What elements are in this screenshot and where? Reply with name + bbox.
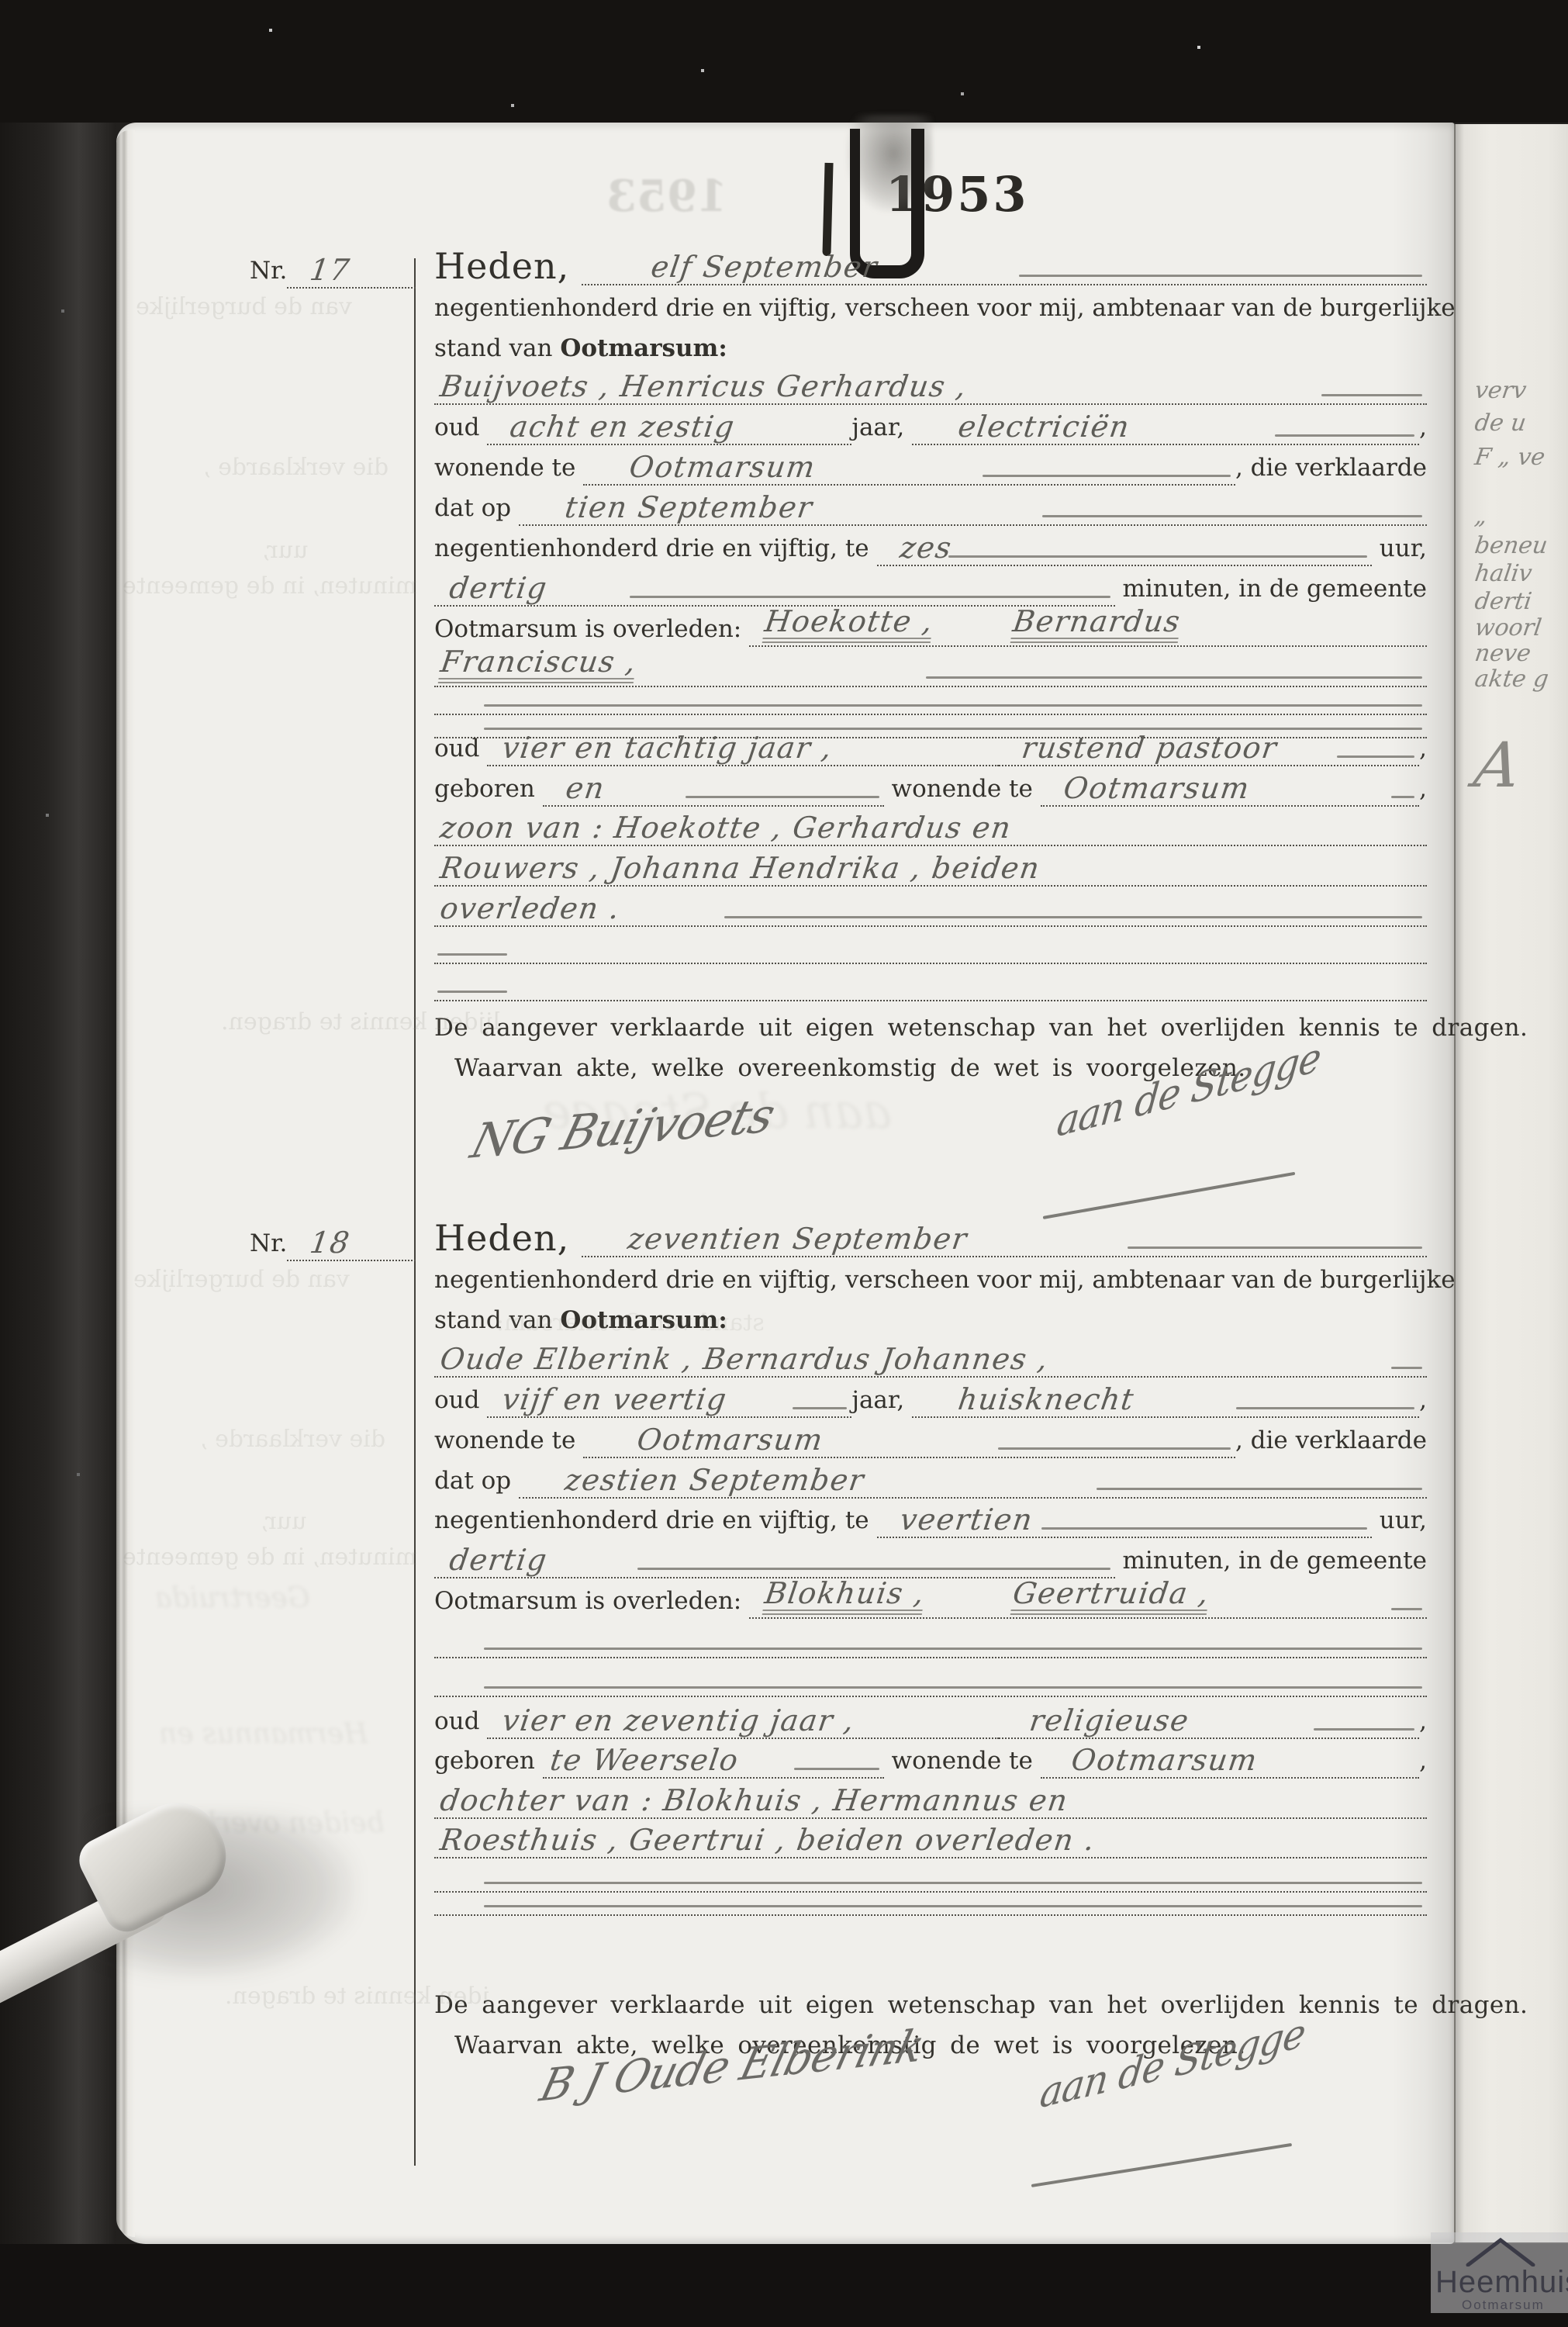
archive-watermark: Heemhuis Ootmarsum xyxy=(1431,2232,1568,2313)
next-page-edge xyxy=(1455,124,1568,2242)
filler-stroke xyxy=(1391,796,1414,798)
form-line: wonende te Ootmarsum, die verklaarde xyxy=(414,1424,1427,1458)
form-line: negentienhonderd drie en vijftig, te vee… xyxy=(414,1504,1427,1538)
printed-text: negentienhonderd drie en vijftig, versch… xyxy=(434,296,1456,326)
bleedthrough-text: van de burgerlijke xyxy=(133,1266,350,1293)
form-line: overleden . xyxy=(414,893,1427,927)
scan-dust-specks xyxy=(0,0,2,2)
form-line: dat op zestien September xyxy=(414,1464,1427,1499)
bleedthrough-text: van de burgerlijke xyxy=(136,293,352,320)
form-line: Roesthuis , Geertrui , beiden overleden … xyxy=(414,1824,1427,1858)
printed-text: , die verklaarde xyxy=(1235,456,1427,486)
filler-stroke xyxy=(1019,275,1422,277)
dotted-rule: Rouwers , Johanna Hendrika , beiden xyxy=(434,851,1427,887)
form-line: oud vijf en veertigjaar, huisknecht, xyxy=(414,1384,1427,1418)
dotted-rule: dertig xyxy=(434,571,1115,607)
form-line xyxy=(414,930,1427,964)
dotted-rule xyxy=(434,1880,1427,1916)
margin-note-fragment: woorl xyxy=(1473,614,1544,641)
handwritten-text: religieuse xyxy=(1028,1706,1192,1735)
filler-stroke xyxy=(1128,1246,1422,1249)
handwritten-text: Oude Elberink , Bernardus Johannes , xyxy=(438,1344,1050,1374)
bleedthrough-text: die verklaarde , xyxy=(200,1426,385,1453)
book-spine-shadow xyxy=(0,123,116,2327)
form-line: geboren en wonende te Ootmarsum, xyxy=(414,773,1427,807)
bleedthrough-text: aan de Stegge xyxy=(543,1083,892,1139)
dotted-rule: tien September xyxy=(519,490,1427,526)
form-line: stand van Ootmarsum: xyxy=(414,332,1427,366)
filler-stroke xyxy=(1097,1488,1422,1490)
handwritten-name: Blokhuis , xyxy=(762,1578,927,1615)
dotted-rule: veertien xyxy=(877,1502,1372,1538)
printed-text: , die verklaarde xyxy=(1235,1429,1427,1458)
handwritten-text: Rouwers , Johanna Hendrika , beiden xyxy=(438,853,1042,883)
margin-note-fragment: verv xyxy=(1473,377,1528,404)
handwritten-text: tien September xyxy=(563,493,814,522)
margin-note-fragment: de u xyxy=(1473,410,1528,437)
bleedthrough-text: Geertruida xyxy=(155,1582,309,1614)
handwritten-text: zestien September xyxy=(563,1465,866,1495)
printed-text: , xyxy=(1419,1388,1427,1418)
filler-stroke xyxy=(1337,755,1414,758)
bleedthrough-text: uur, xyxy=(262,537,308,564)
filler-stroke xyxy=(793,1407,847,1409)
dotted-rule: dochter van : Blokhuis , Hermannus en xyxy=(434,1783,1427,1819)
form-line: negentienhonderd drie en vijftig, versch… xyxy=(414,1264,1427,1298)
printed-text: negentienhonderd drie en vijftig, te xyxy=(434,1509,877,1538)
handwritten-text: te Weerselo xyxy=(548,1745,741,1775)
dotted-rule: Roesthuis , Geertrui , beiden overleden … xyxy=(434,1823,1427,1858)
dotted-rule: religieuse xyxy=(999,1703,1419,1739)
form-line: Heden, elf September xyxy=(414,251,1427,285)
form-line: negentienhonderd drie en vijftig, versch… xyxy=(414,292,1427,326)
dotted-rule: vier en zeventig jaar , xyxy=(487,1703,999,1739)
handwritten-text: zoon van : Hoekotte , Gerhardus en xyxy=(438,813,1014,842)
entry-number-rule: 18 xyxy=(287,1226,416,1261)
watermark-title: Heemhuis xyxy=(1435,2266,1568,2298)
printed-text: Ootmarsum is overleden: xyxy=(434,1589,749,1619)
form-line: geboren te Weerselo wonende te Ootmarsum… xyxy=(414,1744,1427,1779)
printed-text: oud xyxy=(434,737,487,766)
handwritten-text: vier en zeventig jaar , xyxy=(501,1706,857,1735)
form-line xyxy=(414,1882,1427,1916)
form-line: negentienhonderd drie en vijftig, te zes… xyxy=(414,532,1427,566)
filler-stroke xyxy=(484,1905,1422,1907)
form-line: dertig minuten, in de gemeente xyxy=(414,1544,1427,1578)
form-line: dertig minuten, in de gemeente xyxy=(414,572,1427,607)
dotted-rule: Ootmarsum xyxy=(1041,1743,1419,1779)
bleedthrough-text: minuten, in de gemeente xyxy=(123,572,417,600)
printed-text: dat op xyxy=(434,496,519,526)
handwritten-text: dertig xyxy=(447,1545,549,1575)
entry-number-label: Nr. xyxy=(250,1232,287,1261)
form-line: oud vier en zeventig jaar ,religieuse, xyxy=(414,1705,1427,1739)
form-line: Heden, zeventien September xyxy=(414,1223,1427,1257)
handwritten-name: Franciscus , xyxy=(438,647,639,683)
printed-text: Ootmarsum: xyxy=(560,337,727,366)
printed-text: negentienhonderd drie en vijftig, te xyxy=(434,537,877,566)
dotted-rule: overleden . xyxy=(434,891,1427,927)
filler-stroke xyxy=(1042,515,1422,517)
entry-number-row: Nr.17 xyxy=(233,254,416,289)
handwritten-name: Geertruida , xyxy=(1010,1578,1211,1615)
margin-note-fragment: akte g xyxy=(1473,666,1551,693)
margin-note-fragment: haliv xyxy=(1473,560,1534,587)
handwritten-text: Ootmarsum xyxy=(628,452,818,482)
filler-stroke xyxy=(1041,1527,1367,1530)
scanned-register-page: 1953 1953 Nr.17Heden, elf Septembernegen… xyxy=(0,0,1568,2327)
filler-stroke xyxy=(1391,1367,1422,1369)
bleedthrough-text: die verklaarde , xyxy=(203,454,389,481)
printed-text: geboren xyxy=(434,777,543,807)
dotted-rule: Ootmarsum xyxy=(583,450,1235,486)
handwritten-text: overleden . xyxy=(438,894,622,923)
filler-stroke xyxy=(484,1686,1422,1689)
handwritten-text: Ootmarsum xyxy=(1069,1745,1259,1775)
entry-number-label: Nr. xyxy=(250,259,287,289)
handwritten-text: Ootmarsum xyxy=(636,1425,826,1454)
printed-text: uur, xyxy=(1372,1509,1427,1538)
bleedthrough-text: minuten, in de gemeente xyxy=(123,1544,417,1571)
printed-text: wonende te xyxy=(434,456,583,486)
handwritten-text: veertien xyxy=(898,1505,1034,1534)
form-line: zoon van : Hoekotte , Gerhardus en xyxy=(414,812,1427,846)
filler-stroke xyxy=(630,596,1110,598)
house-roof-icon xyxy=(1463,2235,1538,2266)
printed-text: , xyxy=(1419,737,1427,766)
filler-stroke xyxy=(1314,1728,1414,1731)
printed-text: minuten, in de gemeente xyxy=(1115,577,1427,607)
printed-text: minuten, in de gemeente xyxy=(1115,1549,1427,1578)
bleedthrough-text: stand van Ootmarsum: xyxy=(496,1309,765,1336)
dotted-rule: dertig xyxy=(434,1543,1115,1578)
bleedthrough-text: uur, xyxy=(261,1508,306,1535)
entry-number-value: 17 xyxy=(309,255,353,285)
printed-text: stand van xyxy=(434,337,560,366)
form-line: oud acht en zestigjaar, electriciën, xyxy=(414,411,1427,445)
handwritten-text: huisknecht xyxy=(956,1385,1136,1414)
dotted-rule: en xyxy=(543,771,884,807)
dotted-rule: electriciën xyxy=(912,410,1419,445)
filler-stroke xyxy=(437,953,507,956)
printed-text: dat op xyxy=(434,1469,519,1499)
form-line: De aangever verklaarde uit eigen wetensc… xyxy=(414,1011,1427,1046)
dotted-rule: zes xyxy=(877,531,1372,566)
printed-text: Heden, xyxy=(434,248,582,285)
entry-number-rule: 17 xyxy=(287,253,416,289)
form-line: dat op tien September xyxy=(414,492,1427,526)
handwritten-text: acht en zestig xyxy=(509,412,737,441)
handwritten-text: electriciën xyxy=(956,412,1131,441)
form-line: Rouwers , Johanna Hendrika , beiden xyxy=(414,852,1427,887)
filler-stroke xyxy=(1236,1407,1414,1409)
printed-text: wonende te xyxy=(434,1429,583,1458)
printed-text: , xyxy=(1419,1710,1427,1739)
printed-text: oud xyxy=(434,1388,487,1418)
handwritten-name: Hoekotte , xyxy=(762,607,935,643)
filler-stroke xyxy=(484,1648,1422,1650)
dotted-rule: zestien September xyxy=(519,1463,1427,1499)
bleedthrough-text: iden kennis te dragen. xyxy=(225,1983,489,2010)
printed-text: De aangever verklaarde uit eigen wetensc… xyxy=(434,1993,1528,2023)
margin-note-fragment: beneu xyxy=(1473,532,1549,559)
handwritten-text: Roesthuis , Geertrui , beiden overleden … xyxy=(438,1825,1097,1855)
dotted-rule: Buijvoets , Henricus Gerhardus , xyxy=(434,369,1427,405)
printed-text: wonende te xyxy=(884,777,1041,807)
form-line: Ootmarsum is overleden: Hoekotte ,Bernar… xyxy=(414,613,1427,647)
filler-stroke xyxy=(794,1768,879,1770)
dotted-rule: zoon van : Hoekotte , Gerhardus en xyxy=(434,811,1427,846)
filler-stroke xyxy=(637,1568,1110,1570)
printed-text: negentienhonderd drie en vijftig, versch… xyxy=(434,1268,1456,1298)
handwritten-text: dertig xyxy=(447,573,549,603)
filler-stroke xyxy=(983,475,1231,477)
printed-text: , xyxy=(1419,416,1427,445)
filler-stroke xyxy=(686,796,879,798)
filler-stroke xyxy=(1391,1608,1422,1610)
printed-text: oud xyxy=(434,416,487,445)
printed-text: , xyxy=(1419,777,1427,807)
printed-text: De aangever verklaarde uit eigen wetensc… xyxy=(434,1016,1528,1046)
handwritten-text: Buijvoets , Henricus Gerhardus , xyxy=(438,372,969,401)
handwritten-text: Ootmarsum xyxy=(1062,773,1252,803)
printed-text: Ootmarsum is overleden: xyxy=(434,617,749,647)
filler-stroke xyxy=(948,555,1367,558)
filler-stroke xyxy=(1275,434,1414,437)
filler-stroke xyxy=(1321,394,1422,396)
filler-stroke xyxy=(926,676,1422,679)
dotted-rule: te Weerselo xyxy=(543,1743,884,1779)
bleedthrough-text: Hermannus en xyxy=(159,1718,368,1750)
entry-number-row: Nr.18 xyxy=(233,1227,416,1261)
handwritten-text: elf September xyxy=(649,252,879,282)
dotted-rule: Oude Elberink , Bernardus Johannes , xyxy=(434,1342,1427,1378)
margin-note-fragment: derti xyxy=(1473,588,1534,615)
dotted-rule: vijf en veertig xyxy=(487,1382,851,1418)
dotted-rule: Blokhuis ,Geertruida , xyxy=(749,1583,1427,1619)
dotted-rule: Ootmarsum xyxy=(1041,771,1419,807)
printed-text: wonende te xyxy=(884,1749,1041,1779)
filler-stroke xyxy=(484,728,1422,730)
handwritten-name: Bernardus xyxy=(1010,607,1183,643)
dotted-rule xyxy=(434,928,1427,964)
handwritten-text: en xyxy=(564,773,606,803)
dotted-rule: Hoekotte ,Bernardus xyxy=(749,611,1427,647)
printed-text: oud xyxy=(434,1710,487,1739)
dotted-rule: vier en tachtig jaar , xyxy=(487,731,999,766)
dotted-rule: huisknecht xyxy=(912,1382,1419,1418)
form-line: oud vier en tachtig jaar ,rustend pastoo… xyxy=(414,732,1427,766)
printed-text: uur, xyxy=(1372,537,1427,566)
filler-stroke xyxy=(437,991,507,993)
printed-text: geboren xyxy=(434,1749,543,1779)
dotted-rule: Ootmarsum xyxy=(583,1423,1235,1458)
dotted-rule: zeventien September xyxy=(582,1222,1427,1257)
dotted-rule: acht en zestig xyxy=(487,410,851,445)
form-line: wonende te Ootmarsum, die verklaarde xyxy=(414,451,1427,486)
form-line: Oude Elberink , Bernardus Johannes , xyxy=(414,1343,1427,1378)
filler-stroke xyxy=(724,916,1422,918)
printed-text: , xyxy=(1419,1749,1427,1779)
form-line xyxy=(414,1624,1427,1658)
form-line: Buijvoets , Henricus Gerhardus , xyxy=(414,371,1427,405)
watermark-subtitle: Ootmarsum xyxy=(1462,2298,1545,2313)
dotted-rule xyxy=(434,966,1427,1001)
printed-text: Heden, xyxy=(434,1220,582,1257)
form-line xyxy=(414,967,1427,1001)
dotted-rule: rustend pastoor xyxy=(999,731,1419,766)
handwritten-text: zeventien September xyxy=(626,1224,969,1253)
handwritten-text: rustend pastoor xyxy=(1021,733,1280,762)
form-line xyxy=(414,1663,1427,1697)
printed-text: jaar, xyxy=(851,1388,912,1418)
form-line: dochter van : Blokhuis , Hermannus en xyxy=(414,1785,1427,1819)
handwritten-text: vier en tachtig jaar , xyxy=(501,733,835,762)
bleedthrough-text: lijden kennis te dragen. xyxy=(221,1008,500,1036)
filler-stroke xyxy=(998,1447,1231,1450)
entry-number-value: 18 xyxy=(309,1228,353,1257)
dotted-rule xyxy=(434,1661,1427,1697)
dotted-rule xyxy=(434,1623,1427,1658)
page-fold-line xyxy=(1454,124,1456,2242)
scanner-background-bottom xyxy=(0,2244,1568,2327)
scanner-background-top xyxy=(0,0,1568,123)
margin-note-fragment: F „ ve xyxy=(1473,444,1547,471)
year-heading-bleedthrough: 1953 xyxy=(606,171,727,222)
dotted-rule: elf September xyxy=(582,250,1427,285)
handwritten-text: vijf en veertig xyxy=(501,1385,730,1414)
handwritten-text: zes xyxy=(898,533,954,562)
margin-note-fragment: neve xyxy=(1473,640,1533,667)
handwritten-text: dochter van : Blokhuis , Hermannus en xyxy=(438,1786,1070,1815)
printed-text: jaar, xyxy=(851,416,912,445)
form-line: Ootmarsum is overleden: Blokhuis ,Geertr… xyxy=(414,1585,1427,1619)
